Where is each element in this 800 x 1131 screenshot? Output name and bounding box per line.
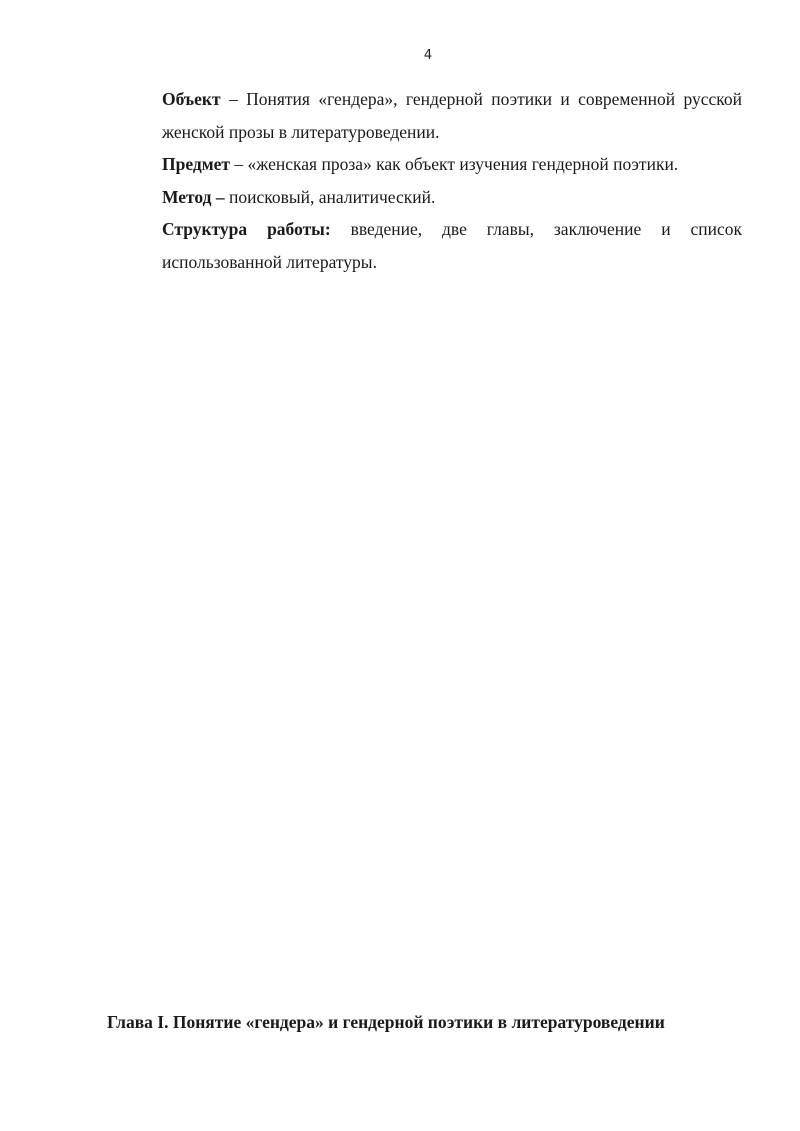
paragraph-text: «женская проза» как объект изучения генд… — [248, 154, 679, 174]
document-page: 4 Объект – Понятия «гендера», гендерной … — [0, 0, 800, 1131]
paragraph-object: Объект – Понятия «гендера», гендерной по… — [162, 83, 742, 148]
paragraph-subject: Предмет – «женская проза» как объект изу… — [162, 148, 742, 181]
chapter-heading: Глава I. Понятие «гендера» и гендерной п… — [107, 1012, 747, 1033]
paragraph-method: Метод – поисковый, аналитический. — [162, 181, 742, 214]
paragraph-text: Понятия «гендера», гендерной поэтики и с… — [162, 89, 742, 142]
paragraph-text: поисковый, аналитический. — [229, 187, 435, 207]
paragraph-label: Структура работы: — [162, 219, 331, 239]
paragraph-label: Предмет — [162, 154, 230, 174]
body-text: Объект – Понятия «гендера», гендерной по… — [162, 83, 742, 278]
paragraph-label: Объект — [162, 89, 221, 109]
paragraph-label: Метод – — [162, 187, 225, 207]
page-number: 4 — [0, 48, 800, 63]
paragraph-structure: Структура работы: введение, две главы, з… — [162, 213, 742, 278]
